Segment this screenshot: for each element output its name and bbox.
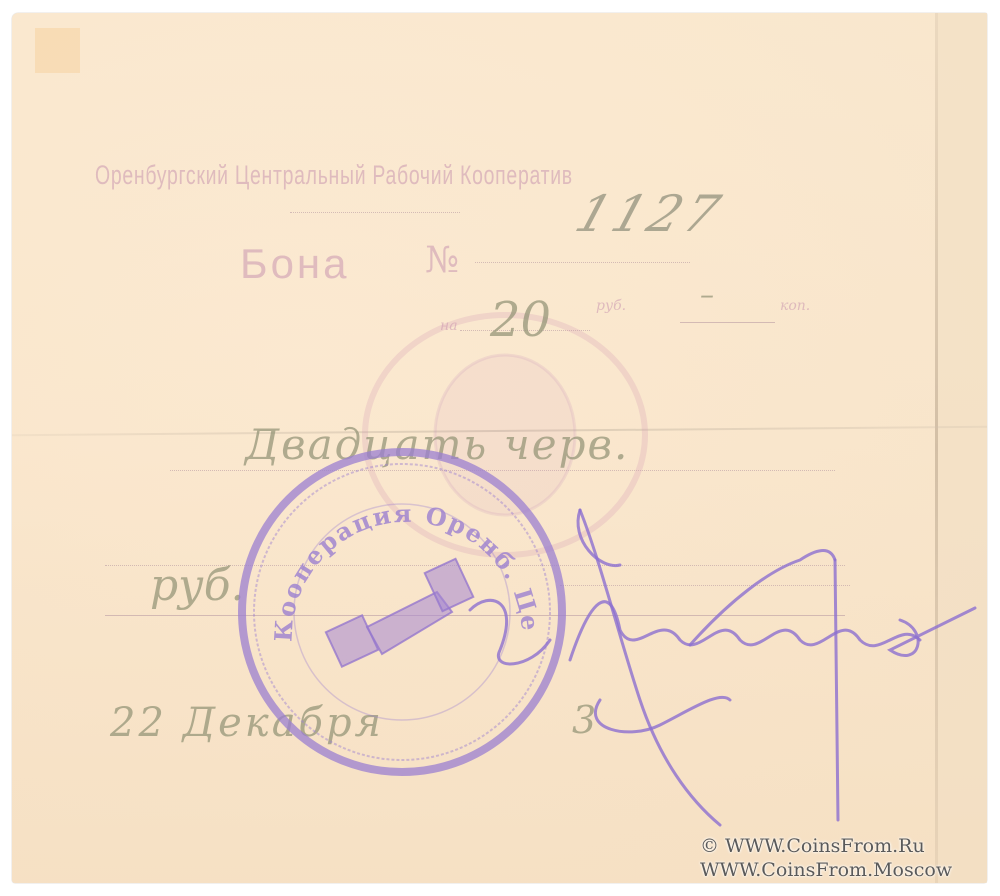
watermark-line-2: WWW.CoinsFrom.Moscow [700, 858, 952, 882]
corner-stain [35, 28, 80, 73]
kop-line [680, 322, 775, 323]
handwritten-number: 1127 [569, 185, 731, 243]
watermark-line-1: © WWW.CoinsFrom.Ru [700, 834, 952, 858]
handwritten-amount: 20 [490, 292, 551, 348]
number-sign: № [425, 240, 459, 281]
handwritten-currency: руб. [150, 560, 245, 611]
bona-label: Бона [240, 240, 349, 288]
copyright-watermark: © WWW.CoinsFrom.Ru WWW.CoinsFrom.Moscow [700, 834, 952, 882]
kop-label: коп. [780, 298, 810, 314]
handwritten-kopeks: – [700, 278, 714, 311]
handshake-icon [326, 559, 473, 667]
signature [460, 500, 990, 830]
issuer-heading: Оренбургский Центральный Рабочий Коопера… [95, 160, 573, 191]
issuer-underline [290, 212, 460, 213]
number-line [475, 262, 690, 263]
document-scan: Оренбургский Центральный Рабочий Коопера… [0, 0, 1000, 896]
